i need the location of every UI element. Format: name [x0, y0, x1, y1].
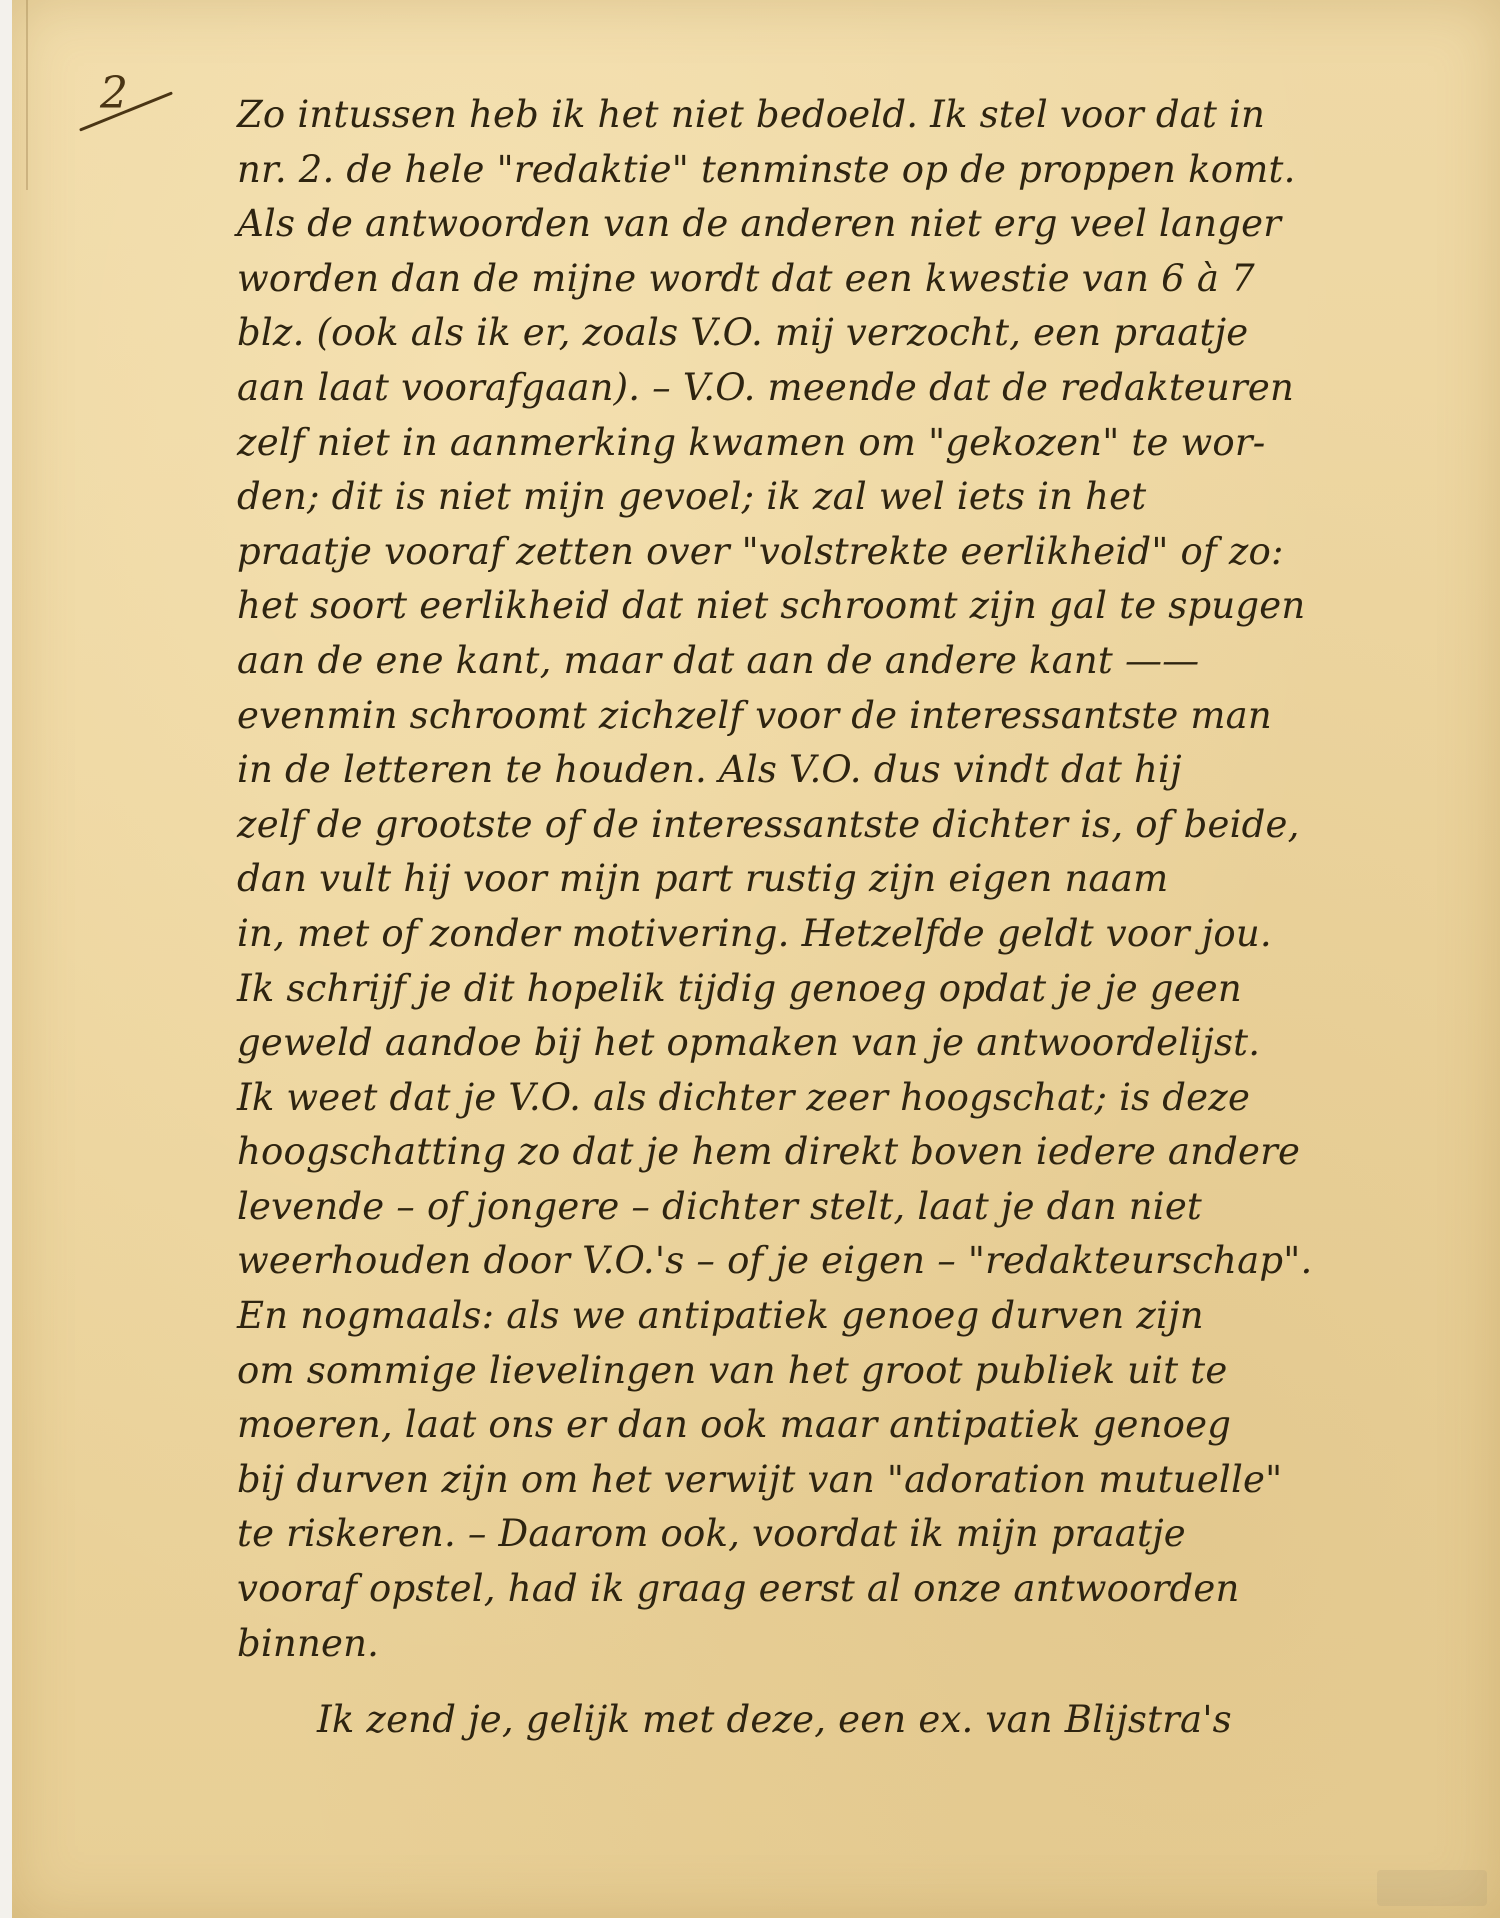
- text-line: levende – of jongere – dichter stelt, la…: [237, 1180, 1497, 1235]
- text-line: zelf niet in aanmerking kwamen om "gekoz…: [237, 416, 1497, 471]
- letter-page: 2 Zo intussen heb ik het niet bedoeld. I…: [12, 0, 1500, 1918]
- text-line: blz. (ook als ik er, zoals V.O. mij verz…: [237, 306, 1497, 361]
- text-line: Ik weet dat je V.O. als dichter zeer hoo…: [237, 1071, 1497, 1126]
- text-line: Zo intussen heb ik het niet bedoeld. Ik …: [237, 88, 1497, 143]
- text-line: het soort eerlikheid dat niet schroomt z…: [237, 579, 1497, 634]
- reverse-side-stamp-bleed: [1377, 1870, 1487, 1906]
- text-line: vooraf opstel, had ik graag eerst al onz…: [237, 1562, 1497, 1617]
- letter-body: Zo intussen heb ik het niet bedoeld. Ik …: [237, 88, 1497, 1748]
- text-line: praatje vooraf zetten over "volstrekte e…: [237, 525, 1497, 580]
- text-line: zelf de grootste of de interessantste di…: [237, 798, 1497, 853]
- text-line: dan vult hij voor mijn part rustig zijn …: [237, 852, 1497, 907]
- closing-line: Ik zend je, gelijk met deze, een ex. van…: [237, 1693, 1497, 1748]
- text-line: bij durven zijn om het verwijt van "ador…: [237, 1453, 1497, 1508]
- text-line: in, met of zonder motivering. Hetzelfde …: [237, 907, 1497, 962]
- text-line: hoogschatting zo dat je hem direkt boven…: [237, 1125, 1497, 1180]
- text-line: te riskeren. – Daarom ook, voordat ik mi…: [237, 1507, 1497, 1562]
- text-line: in de letteren te houden. Als V.O. dus v…: [237, 743, 1497, 798]
- text-line: weerhouden door V.O.'s – of je eigen – "…: [237, 1234, 1497, 1289]
- text-line: Als de antwoorden van de anderen niet er…: [237, 197, 1497, 252]
- text-line: aan laat voorafgaan). – V.O. meende dat …: [237, 361, 1497, 416]
- text-line: Ik schrijf je dit hopelik tijdig genoeg …: [237, 962, 1497, 1017]
- text-line: En nogmaals: als we antipatiek genoeg du…: [237, 1289, 1497, 1344]
- text-line: worden dan de mijne wordt dat een kwesti…: [237, 252, 1497, 307]
- text-line: om sommige lievelingen van het groot pub…: [237, 1344, 1497, 1399]
- text-line: geweld aandoe bij het opmaken van je ant…: [237, 1016, 1497, 1071]
- text-line: aan de ene kant, maar dat aan de andere …: [237, 634, 1497, 689]
- text-line: evenmin schroomt zichzelf voor de intere…: [237, 689, 1497, 744]
- text-line: den; dit is niet mijn gevoel; ik zal wel…: [237, 470, 1497, 525]
- text-line: nr. 2. de hele "redaktie" tenminste op d…: [237, 143, 1497, 198]
- text-line: binnen.: [237, 1617, 1497, 1672]
- text-line: moeren, laat ons er dan ook maar antipat…: [237, 1398, 1497, 1453]
